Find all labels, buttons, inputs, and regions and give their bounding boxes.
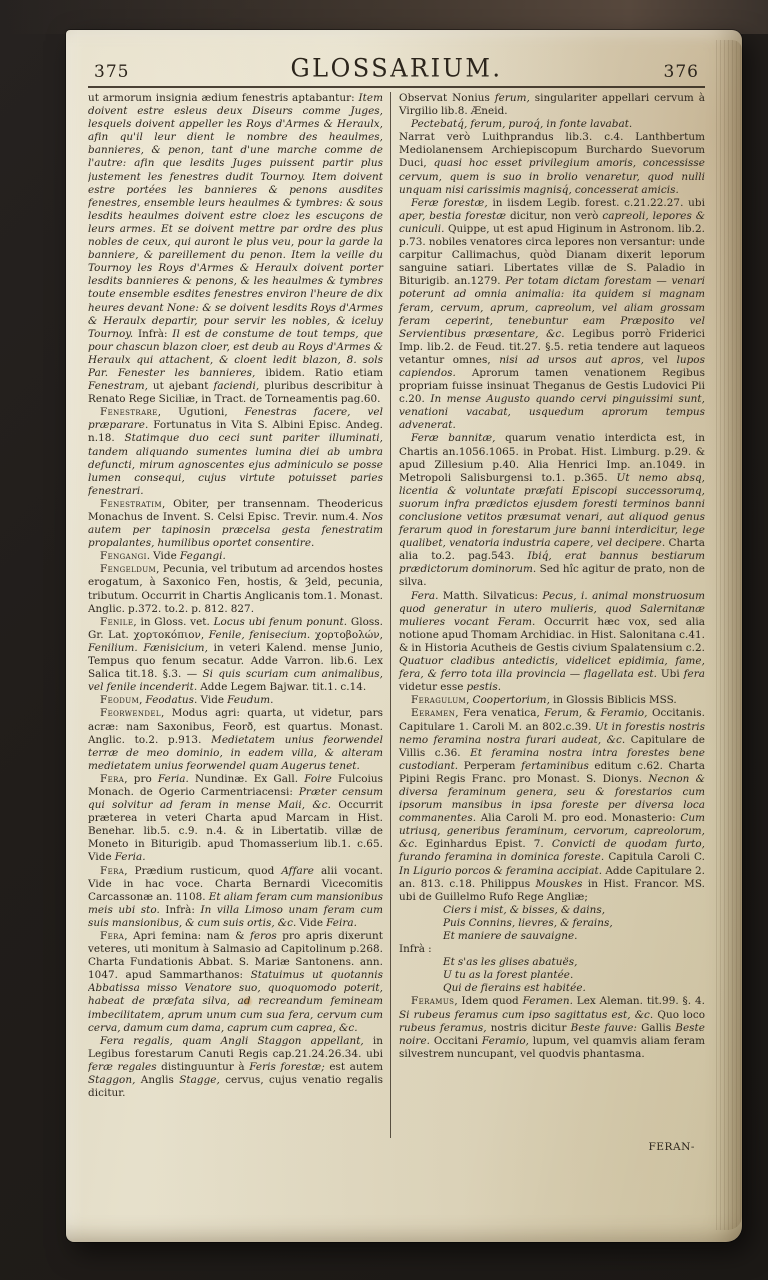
text-run: Feria. [115, 851, 146, 863]
text-run: Fera [100, 930, 124, 942]
page-number-left: 375 [94, 62, 129, 82]
text-run: , Prædium rusticum, quod [124, 865, 281, 877]
text-run: U tu as la forest plantée. [443, 969, 573, 981]
text-run: ut armorum insignia ædium fenestris apta… [88, 92, 359, 104]
text-run: ferum, [495, 92, 535, 104]
entry-paragraph: Feorwendel, Modus agri: quarta, ut videt… [88, 707, 383, 772]
catchword: FERAN- [88, 1141, 705, 1153]
verse-line: Ciers i mist, & bisses, & dains, [443, 904, 705, 917]
entry-paragraph: Fera, Apri femina: nam & feros pro apris… [88, 930, 383, 1035]
text-run: Fenilium. Fænisicium, [88, 642, 214, 654]
entry-paragraph: Fera. Matth. Silvaticus: Pecus, i. anima… [399, 590, 705, 695]
text-run: Feramen. [523, 995, 577, 1007]
text-run: Lex Aleman. tit.99. §. 4. [577, 995, 705, 1007]
text-run: dicitur, non verò [510, 210, 602, 222]
verse-line: Et maniere de sauvaigne. [443, 930, 705, 943]
entry-paragraph: Pectebatq́, ferum, puroq́, in fonte lava… [399, 118, 705, 131]
text-run: Infrà: [165, 904, 200, 916]
text-run: Fera. [411, 590, 443, 602]
entry-paragraph: Feræ bannitæ, quarum venatio interdicta … [399, 432, 705, 589]
text-run: Affare [281, 865, 321, 877]
text-run: Mouskes [535, 878, 587, 890]
page-number-right: 376 [664, 62, 699, 82]
text-run: & [587, 707, 601, 719]
text-run: Fengeldum [100, 563, 156, 575]
text-run: in iisdem Legib. forest. c.21.22.27. ubi [492, 197, 705, 209]
text-run: vel [653, 354, 677, 366]
book-page: 375 GLOSSARIUM. 376 ut armorum insignia … [66, 30, 742, 1242]
entry-paragraph: Fenile, in Gloss. vet. Locus ubi fenum p… [88, 616, 383, 695]
text-run: Infrà : [399, 943, 432, 955]
text-run: Alia Caroli M. pro eod. Monasterio: [481, 812, 681, 824]
text-run: Puis Connins, lievres, & ferains, [443, 917, 613, 929]
entry-paragraph: Feramus, Idem quod Feramen. Lex Aleman. … [399, 995, 705, 1060]
text-run: Et maniere de sauvaigne. [443, 930, 578, 942]
text-run: rubeus feramus, [399, 1022, 491, 1034]
page-header: 375 GLOSSARIUM. 376 [88, 54, 705, 86]
text-run: Eginhardus Epist. 7. [426, 838, 552, 850]
text-column-left: ut armorum insignia ædium fenestris apta… [88, 92, 391, 1138]
entry-paragraph: Eeramen, Fera venatica, Ferum, & Feramio… [399, 707, 705, 903]
text-run: , in Gloss. vet. [133, 616, 213, 628]
text-run: , Ugutioni, [158, 406, 245, 418]
text-run: Feorwendel [100, 707, 161, 719]
entry-paragraph: Feræ forestæ, in iisdem Legib. forest. c… [399, 197, 705, 433]
text-run: Ciers i mist, & bisses, & dains, [443, 904, 605, 916]
text-run: Feræ forestæ, [411, 197, 492, 209]
text-run: In mense Augusto quando cervi pinguissim… [399, 393, 705, 431]
text-run: faciendi, [213, 380, 264, 392]
paragraph: Narrat verò Luithprandus lib.3. c.4. Lan… [399, 131, 705, 196]
text-run: Qui de fierains est habitée. [443, 982, 586, 994]
text-run: ibidem. Ratio etiam [265, 367, 383, 379]
text-run: pestis. [466, 681, 501, 693]
paragraph: ut armorum insignia ædium fenestris apta… [88, 92, 383, 406]
verse-line: Puis Connins, lievres, & ferains, [443, 917, 705, 930]
text-run: Quo loco [657, 1009, 705, 1021]
text-run: Feira. [326, 917, 357, 929]
text-run: nostris dicitur [491, 1022, 571, 1034]
paragraph: Observat Nonius ferum, singulariter appe… [399, 92, 705, 118]
text-run: Feramus [411, 995, 454, 1007]
text-run: Ubi [661, 668, 684, 680]
entry-paragraph: Feragulum, Coopertorium, in Glossis Bibl… [399, 694, 705, 707]
entry-paragraph: Fengeldum, Pecunia, vel tributum ad arce… [88, 563, 383, 615]
text-run: , Apri femina: nam & [124, 930, 250, 942]
text-run: Feramio, [482, 1035, 533, 1047]
entry-paragraph: Fera regalis, quam Angli Staggon appella… [88, 1035, 383, 1100]
text-run: Adde Legem Bajwar. tit.1. c.14. [200, 681, 366, 693]
text-run: Nundinæ. Ex Gall. [195, 773, 304, 785]
text-run: χορτοβολών, [315, 629, 383, 641]
text-run: Observat Nonius [399, 92, 495, 104]
text-run: Locus ubi fenum ponunt. [214, 616, 351, 628]
header-rule [88, 86, 705, 88]
text-run: In Ligurio porcos & feramina accipiat. [399, 865, 605, 877]
text-run: Quatuor cladibus antedictis, videlicet e… [399, 655, 705, 680]
text-run: Feodatus. [146, 694, 201, 706]
scanned-book-page: 375 GLOSSARIUM. 376 ut armorum insignia … [0, 0, 768, 1280]
text-run: videtur esse [399, 681, 466, 693]
text-run: , Fera venatica, [455, 707, 544, 719]
text-run: Eeramen [411, 707, 455, 719]
text-run: distinguuntur à [161, 1061, 249, 1073]
page-content: 375 GLOSSARIUM. 376 ut armorum insignia … [66, 30, 742, 1153]
text-run: Et s'as les glises abatuës, [443, 956, 577, 968]
entry-paragraph: Fenestratim, Obiter, per transennam. The… [88, 498, 383, 550]
paragraph: Infrà : [399, 943, 705, 956]
text-run: Foire [304, 773, 338, 785]
entry-paragraph: Fera, Prædium rusticum, quod Affare alii… [88, 865, 383, 930]
text-run: Ferum, [544, 707, 586, 719]
text-run: Feragulum [411, 694, 466, 706]
text-run: Fenestram, [88, 380, 153, 392]
entry-paragraph: Fengangi. Vide Fegangi. [88, 550, 383, 563]
text-run: Fera regalis, quam Angli Staggon appella… [100, 1035, 373, 1047]
text-run: fertaminibus [521, 760, 594, 772]
text-run: Staggon, [88, 1074, 141, 1086]
text-run: . Vide [147, 550, 180, 562]
text-run: , Idem quod [454, 995, 522, 1007]
text-run: quasi hoc esset privilegium amoris, conc… [399, 157, 705, 195]
text-run: Feramio, [600, 707, 652, 719]
text-run: Feria. [158, 773, 195, 785]
text-run: feros [250, 930, 282, 942]
text-run: Feudum. [227, 694, 273, 706]
text-run: Fengangi [100, 550, 147, 562]
text-run: Gallis [641, 1022, 675, 1034]
text-run: Matth. Silvaticus: [443, 590, 543, 602]
text-run: Si rubeus feramus cum ipso sagittatus es… [399, 1009, 657, 1021]
text-run: Fegangi. [180, 550, 226, 562]
text-run: Stagge, [179, 1074, 225, 1086]
text-run: Feodum [100, 694, 139, 706]
text-run: Fera [100, 773, 124, 785]
text-run: Fera [100, 865, 124, 877]
text-run: Fenile, fenisecium. [209, 629, 315, 641]
text-run: Vide [299, 917, 326, 929]
scan-top-shadow [0, 0, 768, 34]
verse-line: Et s'as les glises abatuës, [443, 956, 705, 969]
text-run: fera [684, 668, 705, 680]
entry-paragraph: Fenestrare, Ugutioni, Fenestras facere, … [88, 406, 383, 498]
text-run: Capitula Caroli C. [608, 851, 705, 863]
text-run: nisi ad ursos aut apros, [499, 354, 652, 366]
text-run: Fenile [100, 616, 133, 628]
verse-line: U tu as la forest plantée. [443, 969, 705, 982]
text-run: Occitani [434, 1035, 482, 1047]
text-run: Coopertorium, [472, 694, 553, 706]
text-run: Beste fauve: [571, 1022, 641, 1034]
text-run: Item doivent estre esleus deux Diseurs c… [88, 92, 383, 340]
text-run: Perperam [464, 760, 521, 772]
text-column-right: Observat Nonius ferum, singulariter appe… [391, 92, 705, 1138]
text-run: feræ regales [88, 1061, 161, 1073]
text-run: Feræ bannitæ, [411, 432, 505, 444]
text-run: aper, bestia forestæ [399, 210, 510, 222]
text-run: Pectebatq́, ferum, puroq́, in fonte lava… [411, 118, 632, 130]
text-run: Feris forestæ; [249, 1061, 329, 1073]
text-columns: ut armorum insignia ædium fenestris apta… [88, 92, 705, 1138]
text-run: ut ajebant [153, 380, 214, 392]
page-title: GLOSSARIUM. [290, 53, 502, 82]
text-run: Fenestratim [100, 498, 162, 510]
text-run: Infrà: [138, 328, 172, 340]
entry-paragraph: Fera, pro Feria. Nundinæ. Ex Gall. Foire… [88, 773, 383, 865]
text-run: Anglis [141, 1074, 179, 1086]
entry-paragraph: Feodum, Feodatus. Vide Feudum. [88, 694, 383, 707]
text-run: Vide [200, 694, 227, 706]
verse-line: Qui de fierains est habitée. [443, 982, 705, 995]
text-run: , pro [124, 773, 158, 785]
text-run: Statimque duo ceci sunt pariter illumina… [88, 432, 383, 496]
text-run: in Glossis Biblicis MSS. [553, 694, 677, 706]
text-run: est autem [329, 1061, 383, 1073]
text-run: Fenestrare [100, 406, 158, 418]
